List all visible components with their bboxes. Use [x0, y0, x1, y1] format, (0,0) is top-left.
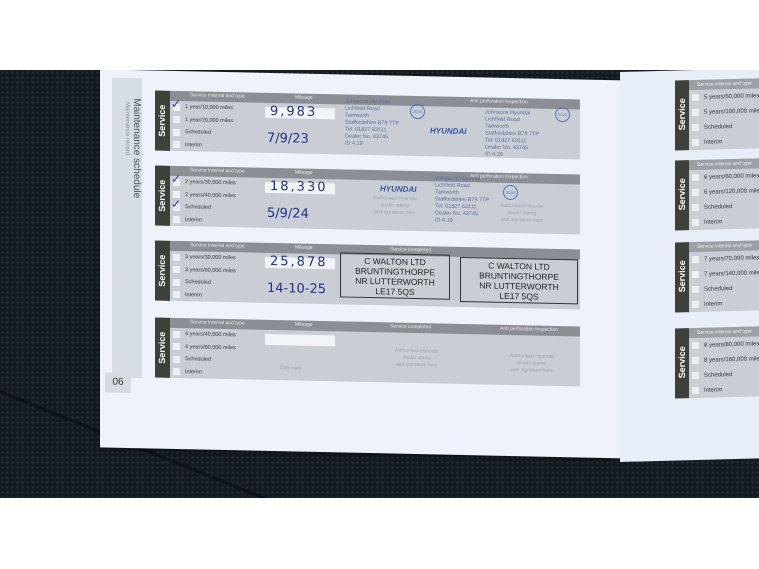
checkbox[interactable] [692, 94, 699, 101]
inspection-stamp: Johnsons HyundaiLichfield RoadTamworthSt… [485, 109, 539, 159]
option-row: Interim [170, 213, 260, 227]
checkbox[interactable] [692, 204, 699, 211]
date-handwritten: 14-10-25 [267, 281, 326, 297]
checkbox[interactable] [692, 219, 699, 226]
dealer-stamp: Johnsons HyundaiLichfield RoadTamworthSt… [345, 99, 399, 149]
checkbox[interactable] [173, 356, 180, 363]
stamp-placeholder: Authorised Hyundaidealer stampand signat… [500, 203, 544, 225]
date-stamp-icon: 2023 [410, 104, 425, 119]
checkbox[interactable] [692, 139, 699, 146]
checkbox[interactable] [692, 174, 699, 181]
page-number: 06 [105, 373, 131, 394]
date-handwritten: 5/9/24 [267, 206, 309, 222]
checkbox[interactable] [173, 279, 180, 286]
service-entry-5: Service Service interval and type 5 year… [675, 78, 759, 151]
checkbox-checked[interactable] [173, 204, 180, 211]
section-title: Maintenance schedule [131, 98, 142, 198]
checkbox[interactable] [692, 189, 699, 196]
service-tab: Service [155, 91, 170, 151]
checkbox[interactable] [692, 256, 699, 263]
service-book-right-page: Service Service interval and type 5 year… [620, 70, 759, 462]
checkbox[interactable] [692, 342, 699, 349]
mileage-handwritten: 18,330 [270, 179, 328, 195]
checkbox[interactable] [692, 109, 699, 116]
date-placeholder: Date here [280, 365, 302, 372]
stamp-placeholder: Authorised Hyundaidealer stampand signat… [373, 195, 417, 217]
mileage-handwritten: 9,983 [270, 104, 317, 120]
inspection-stamp: C WALTON LTDBRUNTINGTHORPENR LUTTERWORTH… [460, 257, 578, 304]
service-tab: Service [155, 318, 170, 378]
service-tab: Service [155, 241, 170, 301]
service-entry-2: Service Service interval and type Mileag… [155, 166, 580, 235]
mileage-box [265, 334, 335, 346]
checkbox[interactable] [173, 129, 180, 136]
mileage-handwritten: 25,878 [270, 254, 328, 270]
service-tab: Service [155, 166, 170, 226]
hyundai-logo: HYUNDAI [380, 184, 416, 194]
checkbox[interactable] [173, 116, 180, 123]
checkbox[interactable] [173, 266, 180, 273]
checkbox[interactable] [692, 286, 699, 293]
checkbox[interactable] [692, 357, 699, 364]
option-row: Interim [170, 138, 260, 152]
checkbox-checked[interactable] [173, 104, 180, 111]
checkbox[interactable] [692, 271, 699, 278]
checkbox[interactable] [692, 124, 699, 131]
checkbox-checked[interactable] [173, 179, 180, 186]
service-entry-8: Service Service interval and type 8 year… [675, 326, 759, 399]
service-entry-7: Service Service interval and type 7 year… [675, 240, 759, 313]
date-stamp-icon: 2024 [503, 185, 518, 200]
checkbox[interactable] [692, 387, 699, 394]
checkbox[interactable] [173, 141, 180, 148]
checkbox[interactable] [173, 368, 180, 375]
section-subtitle: Maintenance record [124, 102, 130, 155]
checkbox[interactable] [173, 254, 180, 261]
service-book-left-page: Maintenance schedule Maintenance record … [100, 70, 635, 459]
section-sidebar: Maintenance schedule Maintenance record [112, 78, 142, 379]
checkbox[interactable] [692, 372, 699, 379]
checkbox[interactable] [173, 331, 180, 338]
checkbox[interactable] [173, 216, 180, 223]
date-stamp-icon: 2023 [555, 107, 570, 122]
hyundai-logo: HYUNDAI [430, 126, 466, 136]
option-row: Interim [170, 288, 260, 302]
stamp-placeholder: Authorised Hyundaidealer stampand signat… [395, 348, 439, 370]
service-entry-4: Service Service interval and type Mileag… [155, 318, 580, 387]
option-row: Interim [170, 365, 260, 379]
checkbox[interactable] [692, 301, 699, 308]
checkbox[interactable] [173, 291, 180, 298]
stamp-placeholder: Authorised Hyundaidealer stampand signat… [510, 353, 554, 375]
service-entry-1: Service Service interval and type Mileag… [155, 91, 580, 160]
dealer-stamp: C WALTON LTDBRUNTINGTHORPENR LUTTERWORTH… [340, 252, 450, 299]
date-handwritten: 7/9/23 [267, 131, 309, 147]
dealer-stamp: Johnsons HyundaiLichfield RoadTamworthSt… [435, 175, 489, 225]
checkbox[interactable] [173, 343, 180, 350]
service-entry-6: Service Service interval and type 6 year… [675, 158, 759, 231]
photo-background: Maintenance schedule Maintenance record … [0, 70, 759, 498]
service-entry-3: Service Service interval and type Mileag… [155, 241, 580, 310]
